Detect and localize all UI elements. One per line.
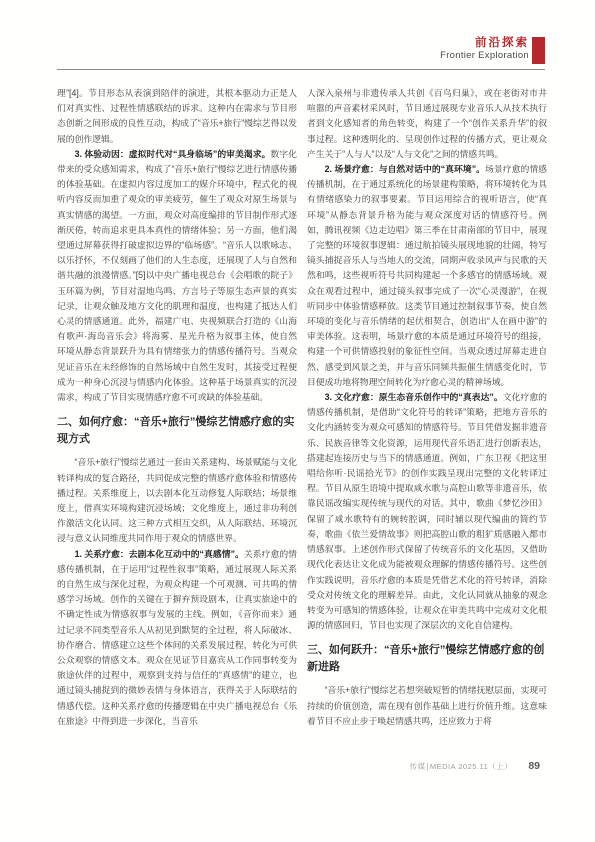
paragraph-text: 人深入泉州与非遗传承人共创《百鸟归巢》，或在老街对市井喧嚣的声音素材采风时，节目… [307, 88, 547, 159]
paragraph-lead: 3. 文化疗愈：原生态音乐创作中的“真表达”。 [325, 392, 503, 402]
left-column: 理”[4]。节目形态从表演到陪伴的演进，其根本驱动力正是人们对真实性、过程性情感… [57, 86, 297, 754]
header-divider [57, 69, 545, 70]
paragraph-lead: 3. 体验动因：虚拟时代对“具身临场”的审美渴求。 [75, 149, 271, 159]
paragraph: 2. 场景疗愈：与自然对话中的“真环境”。场景疗愈的情感传播机制，在于通过系统化… [307, 162, 547, 390]
section-title-cn: 前沿探索 [440, 36, 529, 50]
paragraph-text: 理”[4]。节目形态从表演到陪伴的演进，其根本驱动力正是人们对真实性、过程性情感… [57, 88, 297, 144]
section-title-en: Frontier Exploration [440, 50, 529, 62]
journal-issue-label: 传媒∣MEDIA 2025.11（上） [410, 761, 513, 772]
text-columns: 理”[4]。节目形态从表演到陪伴的演进，其根本驱动力正是人们对真实性、过程性情感… [57, 86, 547, 754]
page-footer: 传媒∣MEDIA 2025.11（上） 89 [410, 760, 540, 772]
page-number: 89 [528, 760, 540, 772]
page-header: 前沿探索 Frontier Exploration [440, 36, 529, 62]
section-heading-2: 二、如何疗愈：“音乐+旅行”慢综艺情感疗愈的实现方式 [57, 414, 297, 448]
paragraph: 人深入泉州与非遗传承人共创《百鸟归巢》，或在老街对市井喧嚣的声音素材采风时，节目… [307, 86, 547, 162]
paragraph-lead: 2. 场景疗愈：与自然对话中的“真环境”。 [325, 164, 485, 174]
paragraph-text: “音乐+旅行”慢综艺通过一套由关系建构、场景赋能与文化转译构成的复合路径，共同促… [57, 457, 297, 543]
journal-page: 前沿探索 Frontier Exploration 理”[4]。节目形态从表演到… [0, 0, 595, 842]
paragraph: “音乐+旅行”慢综艺通过一套由关系建构、场景赋能与文化转译构成的复合路径，共同促… [57, 455, 297, 546]
paragraph: 3. 文化疗愈：原生态音乐创作中的“真表达”。文化疗愈的情感传播机制，是借助“文… [307, 390, 547, 633]
section-heading-3: 三、如何跃升：“音乐+旅行”慢综艺情感疗愈的创新进路 [307, 642, 547, 676]
paragraph: 3. 体验动因：虚拟时代对“具身临场”的审美渴求。数字化带来的受众感知需求，构成… [57, 147, 297, 405]
paragraph-text: 关系疗愈的情感传播机制，在于运用“过程性叙事”策略，通过展现人际关系的自然生成与… [57, 549, 297, 726]
paragraph-text: “音乐+旅行”慢综艺若想突破短暂的情绪抚慰层面，实现可持续的价值创造，需在现有创… [307, 685, 547, 725]
paragraph-text: 文化疗愈的情感传播机制，是借助“文化符号的转译”策略，把地方音乐的文化内涵转变为… [307, 392, 547, 630]
paragraph: 理”[4]。节目形态从表演到陪伴的演进，其根本驱动力正是人们对真实性、过程性情感… [57, 86, 297, 147]
paragraph: “音乐+旅行”慢综艺若想突破短暂的情绪抚慰层面，实现可持续的价值创造，需在现有创… [307, 683, 547, 729]
paragraph: 1. 关系疗愈：去剧本化互动中的“真感情”。关系疗愈的情感传播机制，在于运用“过… [57, 547, 297, 729]
red-badge [532, 37, 545, 64]
right-column: 人深入泉州与非遗传承人共创《百鸟归巢》，或在老街对市井喧嚣的声音素材采风时，节目… [307, 86, 547, 754]
paragraph-text: 场景疗愈的情感传播机制，在于通过系统化的场景建构策略，将环境转化为具有情绪感染力… [307, 164, 547, 387]
paragraph-text: 数字化带来的受众感知需求，构成了“音乐+旅行”慢综艺进行情感传播的体验基础。在虚… [57, 149, 297, 402]
paragraph-lead: 1. 关系疗愈：去剧本化互动中的“真感情”。 [75, 549, 244, 559]
